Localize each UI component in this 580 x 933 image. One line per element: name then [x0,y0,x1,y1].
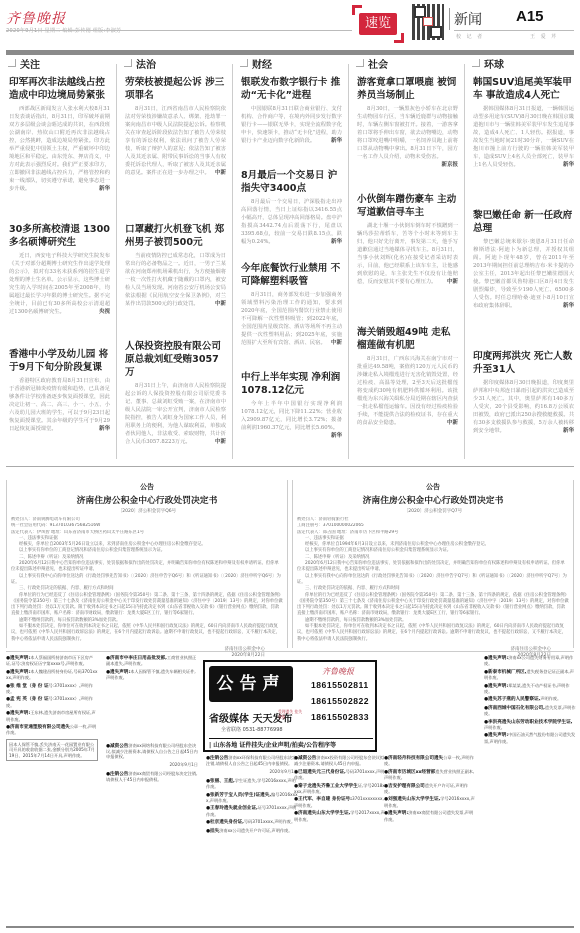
ad-phone[interactable]: 18615502822 [311,696,379,706]
notice-paragraph: 你单位的行为已经违反了《住房公积金管理条例》（国务院令第350号）第二条、第十三… [11,593,283,618]
classified-item: ●遗失声明:本人蔡福国所持济南市历下区房产证,证号:济房权证历字第xxxx号,声… [6,655,98,667]
story-body: 8月31日，江西省南昌市人民检察院依法对劳荣枝涉嫌故意杀人、绑架、抢劫罪一案向南… [125,105,226,215]
news-story[interactable]: 30多所高校清退 1300多名硕博研究生 近日，西安电子科技大学研究生院发布《关… [6,221,112,340]
divider [6,926,574,928]
section-heading: 社会 [356,58,460,74]
classified-item: ●刘强遗失山东大学学生证,学号2016xxxx,声明作废。 [384,796,476,808]
story-headline[interactable]: 今年底餐饮行业禁用 不可降解塑料吸管 [241,262,344,288]
arrow-icon [356,59,364,67]
divider [449,8,450,30]
classified-item: ●张丽、王彪,学生证遗失,学号2016xxxx,声明作废。 [206,778,298,790]
news-columns: 关注 印军再次非法越线占控 造成中印边境局势紧张 西部战区新闻发言人张水利大校8… [0,58,580,463]
story-body: 香港特区政府教育局8月31日宣布，由于香港新冠肺炎疫情有缓和趋势，已具备足够条件… [9,377,110,449]
classified-item: ●孟 宪 英（身 份 证号:3701xxxx）,声明作废。 [6,696,98,708]
news-story[interactable]: 印度两邦洪灾 死亡人数升至31人 据印度媒体8月30日晚报道，印度奥里萨邦和中央… [470,348,576,451]
classified-item: ●遗失声明:本人魏建昌所持身份证,号码3701xxxx,声明作废。 [6,669,98,681]
classified-column: ●遗失声明:本人蔡福国所持济南市历下区房产证,证号:济房权证历字第xxxx号,声… [4,655,100,923]
story-headline[interactable]: 8月最后一个交易日 沪指失守3400点 [241,169,344,195]
story-headline[interactable]: 海关销毁超49吨 走私榴莲做有机肥 [357,326,460,352]
ad-small-text: 受理遗失 挂失登报 [278,709,304,719]
news-story[interactable]: 今年底餐饮行业禁用 不可降解塑料吸管 8月31日，商务部发布进一步加强商务领域塑… [238,260,344,363]
section-heading: 环球 [472,58,576,74]
story-body: 据印度媒体8月30日晚报道，印度奥里萨邦和中央邦连日暴雨引起的洪灾已造成至少31… [473,379,574,451]
news-story[interactable]: 韩国SUV追尾美军装甲车 事故造成4人死亡 据韩国媒体8月31日报道，一辆韩国运… [470,74,576,201]
classified-item: ●济南市中李庄日用品批发部,工商营业执照正副本遗失,声明作废。 [106,655,198,667]
classified-item: ●遗失声明:济南xx商贸有限公司遗失发票,声明作废。 [384,810,476,822]
column-caijing: 财经 银联发布数字银行卡 推动“无卡化”进程 中国银联8月31日联合商业银行、支… [234,58,348,463]
divider [454,30,574,31]
story-body: 湖北十堰一小伙倒车倒车时不慎蹭到一辆玛莎拉蒂轿车，苦等个小时未等到车主归，他只好… [357,222,458,318]
classified-item: ●新泰市机械厂所区,遗失税务登记证正副本,声明作废。 [484,669,576,681]
classified-item: ●王春玲遗失就业创业证,证号3701xxxx,声明作废。 [206,805,298,817]
classified-item: ●减资公告济南xx投资有限公司经股东会决议拟减少注册资本,请债权人45日内申报。 [294,755,386,767]
news-story[interactable]: 8月最后一个交易日 沪指失守3400点 8月最后一个交易日，沪深股指走出冲高回落… [238,167,344,254]
story-body: 黎巴嫩总统米歇尔·奥恩8月31日任命穆斯塔法·阿迪卜为新总理，并授权其组阁。阿迪… [473,238,574,342]
classified-item: ●吉安护理有限公司遗失开户许可证,声明作废。 [384,783,476,795]
classified-item: ●挂失济南xx公司遗失开户许可证,声明作废。 [206,828,298,834]
classified-item: ●注销公告济南xx环保科技有限公司经股东决定注销,请债权人自公告之日起45日内申… [206,755,298,767]
story-headline[interactable]: 黎巴嫩任命 新一任政府总理 [473,209,576,235]
classified-item: ●张新芳于宝人员(学生)证遗失,编号2016xxxx,声明作废。 [206,792,298,804]
news-story[interactable]: 海关销毁超49吨 走私榴莲做有机肥 8月31日，广西东兴海关在南宁市对一批重达4… [354,324,460,451]
story-headline[interactable]: 印军再次非法越线占控 造成中印边境局势紧张 [9,76,112,102]
notice-number: 〔2020〕济公积金罚字Q7号 [297,508,569,514]
story-body: 8月31日，商务部发布进一步加强商务领域塑料污染治理工作的通知，要求到2020年… [241,291,342,363]
story-body: 西部战区新闻发言人张水利大校8月31日发表谈话指出，8月31日，印军破坏前期双方… [9,105,110,215]
classified-boxed-notice: 因本人保管不慎,丢失济南天一花园置业有限公司开具的收款收据二张,金额分别为200… [6,739,98,761]
notice-paragraph: 如不服本处罚决定，你单位可在收到本决定书之日起，依照《中华人民共和国行政复议法》… [297,624,569,643]
story-body: 中国银联8月31日联合商业银行、支付机构、合作商户等，在境内外同步发行数字银行卡… [241,105,342,161]
column-divider [464,64,465,459]
news-story[interactable]: 黎巴嫩任命 新一任政府总理 黎巴嫩总统米歇尔·奥恩8月31日任命穆斯塔法·阿迪卜… [470,207,576,342]
column-huanqiu: 环球 韩国SUV追尾美军装甲车 事故造成4人死亡 据韩国媒体8月31日报道，一辆… [466,58,580,463]
classified-date: 2020年9月1日 [106,762,198,768]
classified-item: ●遗失苏子燕的人民警察证,声明作废。 [484,696,576,702]
column-guanzhu: 关注 印军再次非法越线占控 造成中印边境局势紧张 西部战区新闻发言人张水利大校8… [2,58,116,463]
story-body: 据韩国媒体8月31日报道，一辆韩国运动型多用途车(SUV)8月30日晚在韩国京畿… [473,105,574,201]
news-story[interactable]: 中行上半年实现 净利润1078.12亿元 今年上半年中国银行实现净利润1078.… [238,369,344,448]
classified-item: ●遗失声明:王东林,遗失济南市房屋所有权证,声明作废。 [6,710,98,722]
classified-item: ●遗失声明:中国石油天然气股份有限公司遗失发票,声明作废。 [484,732,576,744]
classified-item: ●注销公告济南xx商贸有限公司经股东决定注销,请债权人于45日内申报债权。 [106,771,198,783]
news-story[interactable]: 印军再次非法越线占控 造成中印边境局势紧张 西部战区新闻发言人张水利大校8月31… [6,74,112,215]
classified-item: ●遗失声明:本人因保管不慎,遗失车辆相关证件,声明作废。 [106,669,198,681]
story-headline[interactable]: 游客竟拿口罩喂鹿 被饲养员当场制止 [357,76,460,102]
classified-item: ●遗失声明:郑某某,遗失不动产权证书,声明作废。 [484,683,576,695]
notice-number: 〔2020〕济公积金罚字Q6号 [11,508,283,514]
classified-item: ●秦子龙遗失齐鲁工业大学学生证,学号2018xxxx,声明作废。 [294,783,386,795]
story-body: 8月31日上午，由济南市人民检察院提起公诉的人保投资控股有限公司原党委书记、董事… [125,382,226,462]
classified-column: ●减资公告济南xx投资有限公司经股东会决议拟减少注册资本,请债权人45日内申报。… [292,755,388,923]
ad-paper-logo: 齐鲁晚报 [301,666,375,677]
ad-phone[interactable]: 18615502833 [311,712,379,722]
story-headline[interactable]: 口罩藏打火机登飞机 郑州男子被罚500元 [125,223,228,249]
public-notice: 公告 济南住房公积金中心行政处罚决定书 〔2020〕济公积金罚字Q6号 被处罚人… [6,480,288,648]
classified-column: ●遗失声明:济南xx公司遗失财务专用章,声明作废。 ●新泰市机械厂所区,遗失税务… [482,655,578,923]
divider [6,651,574,652]
notice-title: 济南住房公积金中心行政处罚决定书 [11,493,283,506]
section-badge: 速览 [352,5,404,43]
corner-decoration-icon [394,33,404,43]
story-headline[interactable]: 韩国SUV追尾美军装甲车 事故造成4人死亡 [473,76,576,102]
notice-title: 济南住房公积金中心行政处罚决定书 [297,493,569,506]
classified-column: ●济南市中李庄日用品批发部,工商营业执照正副本遗失,声明作废。 ●遗失声明:本人… [104,655,200,923]
classified-item: ●遗失声明:济南xx公司遗失财务专用章,声明作废。 [484,655,576,667]
story-body: 8月最后一个交易日，沪深股指走出冲高回落行情，当日上证综指以3416.55点小幅… [241,198,342,254]
proofreader-name: 王 爱 芹 [530,33,558,40]
news-story[interactable]: 香港中小学及幼儿园 将于9月下旬分阶段复课 香港特区政府教育局8月31日宣布，由… [6,346,112,449]
notice-paragraph: 如不服本处罚决定，你单位可在收到本决定书之日起，依照《中华人民共和国行政复议法》… [11,624,283,643]
news-story[interactable]: 银联发布数字银行卡 推动“无卡化”进程 中国银联8月31日联合商业银行、支付机构… [238,74,344,161]
story-body: 8月31日，广西东兴海关在南宁市对一批重达49.58吨，案值约120万元人民币的… [357,355,458,451]
notice-paragraph: 2020年6月12日我中心告知你单位违法事实、处罚依据和拟作出的处罚决定，并明确… [11,561,283,574]
page-number: A15 [516,8,544,25]
story-body: 近日，西安电子科技大学研究生院发布《关于对部分超期博士研究生作出退学处理的公示》… [9,252,110,340]
notice-label: 公告 [11,482,283,492]
classified-item: ●李洪亮遗失山东劳动职业技术学院学生证,声明作废。 [484,719,576,731]
notice-paragraph: 以上事实有我中心向你单位送达的《行政处罚事先告知书》〔〔2020〕济住申告字Q6… [11,574,283,587]
classified-item: ●济南遗失山东大学学生证,学号2017xxxx,声明作废。 [294,810,386,822]
section-name: 新闻 [454,9,482,29]
classified-item: ●杜京遗失身份证,号码3701xxxx,声明作废。 [206,819,298,825]
section-heading: 法治 [124,58,228,74]
story-body: 当前疫情防控已成常态化，口罩成为日常出行的必备物品之一。近日，一男子兰某欲在河南… [125,252,226,332]
classified-item: ●济南市亚通塑胶有限公司遗失公章一枚,声明作废。 [6,724,98,736]
story-headline[interactable]: 30多所高校清退 1300多名硕博研究生 [9,223,112,249]
notice-paragraph: 以上事实有我中心向你单位送达的《行政处罚事先告知书》〔〔2020〕济住申告字Q7… [297,574,569,587]
notice-paragraph: 2020年6月12日我中心告知你单位违法事实、处罚依据和拟作出的处罚决定，并明确… [297,561,569,574]
story-body: 8月30日，一辆黑灰色小轿车在北京野生动物园车行区，当车辆近鹿群与动物接触时，车… [357,105,458,185]
classified-item: ●济南市历城区xx经营部遗失营业执照正副本,声明作废。 [384,769,476,781]
column-divider [232,64,233,459]
ad-phone[interactable]: 18615502811 [311,680,379,690]
arrow-icon [124,59,132,67]
classified-item: ●已退遗失元三代身份证,号码3701xxxx,声明作废。 [294,769,386,781]
arrow-icon [8,59,16,67]
notice-label: 公告 [297,482,569,492]
story-headline[interactable]: 印度两邦洪灾 死亡人数升至31人 [473,350,576,376]
column-divider [348,64,349,459]
notice-paragraph: 你单位的行为已经违反了《住房公积金管理条例》（国务院令第350号）第二条、第十三… [297,593,569,618]
ad-banner: 公告声明 [209,666,293,702]
header-bar [6,50,574,55]
story-headline[interactable]: 中行上半年实现 净利润1078.12亿元 [241,371,344,397]
news-story[interactable]: 劳荣枝被提起公诉 涉三项罪名 8月31日，江西省南昌市人民检察院依法对劳荣枝涉嫌… [122,74,228,215]
news-story[interactable]: 小伙倒车蹭伤豪车 主动写道歉信寻车主 湖北十堰一小伙倒车倒车时不慎蹭到一辆玛莎拉… [354,191,460,318]
classified-item: ●张 维 堂（身 份 证号:3701xxxx）,声明作废。 [6,683,98,695]
news-story[interactable]: 游客竟拿口罩喂鹿 被饲养员当场制止 8月30日，一辆黑灰色小轿车在北京野生动物园… [354,74,460,185]
badge-label: 速览 [359,13,397,35]
qr-code-icon[interactable] [412,4,444,40]
arrow-icon [240,59,248,67]
story-headline[interactable]: 劳荣枝被提起公诉 涉三项罪名 [125,76,228,102]
classified-date: 2020年9月1日 [206,769,298,775]
classified-column: ●注销公告济南xx环保科技有限公司经股东决定注销,请债权人自公告之日起45日内申… [204,755,300,923]
classified-item: ●济南轻舟科技有限公司遗失公章一枚,声明作废。 [384,755,476,767]
column-divider [116,64,117,459]
news-story[interactable]: 口罩藏打火机登飞机 郑州男子被罚500元 当前疫情防控已成常态化，口罩成为日常出… [122,221,228,332]
ad-hotline: 全省联络 0531-88776998 [221,726,283,733]
story-headline[interactable]: 银联发布数字银行卡 推动“无卡化”进程 [241,76,344,102]
ad-services: | 山东各地 证件挂失/企业声明/拍卖/公告程序等 [209,738,373,749]
divider [6,30,352,31]
proofreader-label: 校 记 者 [456,33,484,40]
paper-logo: 齐鲁晚报 [6,8,66,28]
classified-column: ●济南轻舟科技有限公司遗失公章一枚,声明作废。 ●济南市历城区xx经营部遗失营业… [382,755,478,923]
section-heading: 财经 [240,58,344,74]
arrow-icon [472,59,480,67]
story-headline[interactable]: 人保投资控股有限公司 原总裁刘虹受贿3057万 [125,340,228,379]
story-headline[interactable]: 香港中小学及幼儿园 将于9月下旬分阶段复课 [9,348,112,374]
column-shehui: 社会 游客竟拿口罩喂鹿 被饲养员当场制止 8月30日，一辆黑灰色小轿车在北京野生… [350,58,464,463]
story-body: 今年上半年中国银行实现净利润1078.12亿元，同比下降11.22%；营业收入2… [241,400,342,448]
divider [6,466,574,467]
news-story[interactable]: 人保投资控股有限公司 原总裁刘虹受贿3057万 8月31日上午，由济南市人民检察… [122,338,228,462]
masthead: 齐鲁晚报 2020年9月1日 星期二 编辑:彭传刚 组版:李淑芳 速览 新闻 A… [0,0,580,56]
ad-announcement-box[interactable]: 公告声明 齐鲁晚报 18615502811 18615502822 186155… [203,660,377,752]
story-headline[interactable]: 小伙倒车蹭伤豪车 主动写道歉信寻车主 [357,193,460,219]
classified-item: ●济南西城中国石化有限公司,遗失发票,声明作废。 [484,705,576,717]
classified-item: ●王代军、李自建 身份证号:3701xxxxxxxx,声明作废。 [294,796,386,808]
section-heading: 关注 [8,58,112,74]
classified-item: ●减资公告济南xx网络科技有限公司经股东会决议,拟减少注册资本,请债权人自公告之… [106,743,198,760]
column-fazhi: 法治 劳荣枝被提起公诉 涉三项罪名 8月31日，江西省南昌市人民检察院依法对劳荣… [118,58,232,463]
public-notice: 公告 济南住房公积金中心行政处罚决定书 〔2020〕济公积金罚字Q7号 被处罚人… [292,480,574,648]
